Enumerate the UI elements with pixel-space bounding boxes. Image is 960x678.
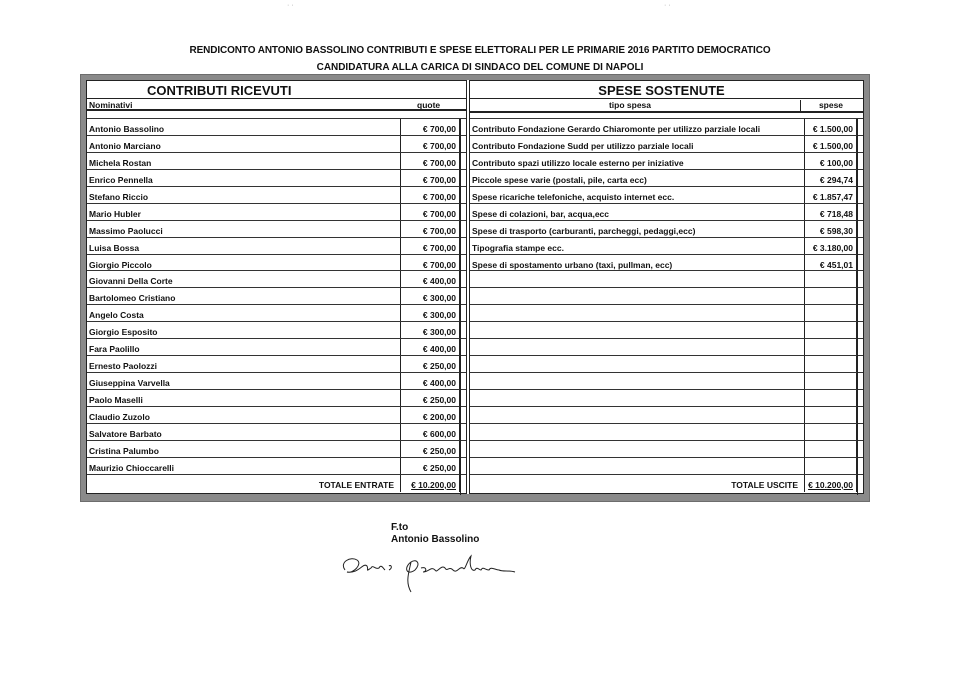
amount-cell: € 700,00 bbox=[400, 255, 460, 271]
expenses-rows: Contributo Fondazione Gerardo Chiaromont… bbox=[470, 119, 863, 492]
expense-type bbox=[472, 305, 804, 321]
contributor-name: Mario Hubler bbox=[89, 204, 399, 220]
table-row: Claudio Zuzolo€ 200,00 bbox=[87, 407, 466, 424]
expense-type bbox=[472, 339, 804, 355]
table-row bbox=[470, 458, 863, 475]
expense-type bbox=[472, 407, 804, 423]
column-header-separator bbox=[800, 100, 801, 111]
total-label: TOTALE ENTRATE bbox=[87, 475, 398, 492]
table-row: Maurizio Chioccarelli€ 250,00 bbox=[87, 458, 466, 475]
table-row: Mario Hubler€ 700,00 bbox=[87, 204, 466, 221]
table-row: Massimo Paolucci€ 700,00 bbox=[87, 221, 466, 238]
contributor-name: Bartolomeo Cristiano bbox=[89, 288, 399, 304]
expense-type: Tipografia stampe ecc. bbox=[472, 238, 804, 254]
amount-cell: € 1.500,00 bbox=[804, 136, 857, 152]
total-row: TOTALE USCITE€ 10.200,00 bbox=[470, 475, 863, 492]
amount-cell: € 598,30 bbox=[804, 221, 857, 237]
amount-cell: € 1.500,00 bbox=[804, 119, 857, 135]
amount-cell: € 600,00 bbox=[400, 424, 460, 440]
table-row: Salvatore Barbato€ 600,00 bbox=[87, 424, 466, 441]
amount-cell: € 400,00 bbox=[400, 339, 460, 355]
table-row: Spese di spostamento urbano (taxi, pullm… bbox=[470, 255, 863, 272]
table-row bbox=[470, 322, 863, 339]
signature-prefix: F.to bbox=[391, 522, 479, 534]
scan-speck: · · bbox=[287, 2, 294, 9]
expense-type bbox=[472, 441, 804, 457]
contributor-name: Antonio Marciano bbox=[89, 136, 399, 152]
expense-type: Contributo Fondazione Gerardo Chiaromont… bbox=[472, 119, 804, 135]
expense-type bbox=[472, 322, 804, 338]
amount-cell bbox=[804, 339, 857, 355]
contributor-name: Enrico Pennella bbox=[89, 170, 399, 186]
table-row: Angelo Costa€ 300,00 bbox=[87, 305, 466, 322]
table-row bbox=[470, 288, 863, 305]
contributor-name: Luisa Bossa bbox=[89, 238, 399, 254]
contributor-name: Giuseppina Varvella bbox=[89, 373, 399, 389]
amount-cell bbox=[804, 390, 857, 406]
table-row bbox=[470, 356, 863, 373]
table-row: Giorgio Piccolo€ 700,00 bbox=[87, 255, 466, 272]
contributions-rows: Antonio Bassolino€ 700,00Antonio Marcian… bbox=[87, 119, 466, 492]
document-title: RENDICONTO ANTONIO BASSOLINO CONTRIBUTI … bbox=[24, 44, 936, 56]
contributor-name: Fara Paolillo bbox=[89, 339, 399, 355]
amount-cell bbox=[804, 305, 857, 321]
table-row bbox=[470, 424, 863, 441]
expense-type: Piccole spese varie (postali, pile, cart… bbox=[472, 170, 804, 186]
contributor-name: Claudio Zuzolo bbox=[89, 407, 399, 423]
table-row: Enrico Pennella€ 700,00 bbox=[87, 170, 466, 187]
table-row bbox=[470, 373, 863, 390]
table-row bbox=[470, 305, 863, 322]
contributor-name: Cristina Palumbo bbox=[89, 441, 399, 457]
table-row bbox=[470, 271, 863, 288]
expense-type bbox=[472, 390, 804, 406]
contributor-name: Massimo Paolucci bbox=[89, 221, 399, 237]
amount-cell: € 250,00 bbox=[400, 356, 460, 372]
inner-rule bbox=[857, 119, 858, 495]
table-row: Piccole spese varie (postali, pile, cart… bbox=[470, 170, 863, 187]
amount-cell: € 700,00 bbox=[400, 136, 460, 152]
expenses-section-title: SPESE SOSTENUTE bbox=[470, 82, 863, 99]
contributor-name: Giorgio Esposito bbox=[89, 322, 399, 338]
amount-cell: € 250,00 bbox=[400, 441, 460, 457]
amount-cell: € 451,01 bbox=[804, 255, 857, 271]
total-amount: € 10.200,00 bbox=[400, 475, 460, 492]
amount-cell bbox=[804, 288, 857, 304]
document-subtitle: CANDIDATURA ALLA CARICA DI SINDACO DEL C… bbox=[24, 61, 936, 73]
amount-cell bbox=[804, 407, 857, 423]
expense-type: Contributo spazi utilizzo locale esterno… bbox=[472, 153, 804, 169]
handwritten-signature bbox=[337, 548, 577, 598]
total-row: TOTALE ENTRATE€ 10.200,00 bbox=[87, 475, 466, 492]
contributor-name: Maurizio Chioccarelli bbox=[89, 458, 399, 474]
contributor-name: Ernesto Paolozzi bbox=[89, 356, 399, 372]
amount-cell: € 3.180,00 bbox=[804, 238, 857, 254]
contributor-name: Stefano Riccio bbox=[89, 187, 399, 203]
amount-cell bbox=[804, 322, 857, 338]
contributor-name: Antonio Bassolino bbox=[89, 119, 399, 135]
table-row: Giovanni Della Corte€ 400,00 bbox=[87, 271, 466, 288]
expense-type bbox=[472, 356, 804, 372]
contributor-name: Michela Rostan bbox=[89, 153, 399, 169]
expense-type: Spese di trasporto (carburanti, parchegg… bbox=[472, 221, 804, 237]
amount-cell: € 400,00 bbox=[400, 271, 460, 287]
table-row bbox=[470, 339, 863, 356]
amount-cell: € 250,00 bbox=[400, 390, 460, 406]
amount-cell: € 250,00 bbox=[400, 458, 460, 474]
signature-block: F.to Antonio Bassolino bbox=[391, 522, 479, 546]
table-row: Giuseppina Varvella€ 400,00 bbox=[87, 373, 466, 390]
table-row: Spese di colazioni, bar, acqua,ecc€ 718,… bbox=[470, 204, 863, 221]
amount-cell: € 700,00 bbox=[400, 170, 460, 186]
expense-type bbox=[472, 424, 804, 440]
amount-cell: € 700,00 bbox=[400, 119, 460, 135]
amount-cell: € 294,74 bbox=[804, 170, 857, 186]
contributor-name: Paolo Maselli bbox=[89, 390, 399, 406]
contributor-name: Angelo Costa bbox=[89, 305, 399, 321]
amount-cell: € 1.857,47 bbox=[804, 187, 857, 203]
table-row: Cristina Palumbo€ 250,00 bbox=[87, 441, 466, 458]
table-row: Contributo Fondazione Gerardo Chiaromont… bbox=[470, 119, 863, 136]
column-header-amount: spese bbox=[806, 100, 856, 111]
table-row bbox=[470, 407, 863, 424]
expense-type bbox=[472, 373, 804, 389]
expense-type bbox=[472, 271, 804, 287]
column-header-type: tipo spesa bbox=[470, 100, 790, 111]
amount-cell bbox=[804, 356, 857, 372]
table-row: Bartolomeo Cristiano€ 300,00 bbox=[87, 288, 466, 305]
expense-type bbox=[472, 288, 804, 304]
amount-cell: € 300,00 bbox=[400, 305, 460, 321]
table-row: Tipografia stampe ecc.€ 3.180,00 bbox=[470, 238, 863, 255]
total-label: TOTALE USCITE bbox=[470, 475, 802, 492]
table-row: Ernesto Paolozzi€ 250,00 bbox=[87, 356, 466, 373]
table-row: Spese ricariche telefoniche, acquisto in… bbox=[470, 187, 863, 204]
amount-cell: € 718,48 bbox=[804, 204, 857, 220]
expense-type: Spese ricariche telefoniche, acquisto in… bbox=[472, 187, 804, 203]
table-row: Paolo Maselli€ 250,00 bbox=[87, 390, 466, 407]
table-row: Fara Paolillo€ 400,00 bbox=[87, 339, 466, 356]
table-row: Antonio Marciano€ 700,00 bbox=[87, 136, 466, 153]
contributions-table: CONTRIBUTI RICEVUTI Nominativi quote Ant… bbox=[86, 80, 467, 494]
scan-speck: · · bbox=[664, 2, 671, 9]
table-row: Contributo spazi utilizzo locale esterno… bbox=[470, 153, 863, 170]
table-row: Stefano Riccio€ 700,00 bbox=[87, 187, 466, 204]
expense-type bbox=[472, 458, 804, 474]
table-row bbox=[470, 441, 863, 458]
amount-cell bbox=[804, 441, 857, 457]
amount-cell: € 300,00 bbox=[400, 322, 460, 338]
table-row: Spese di trasporto (carburanti, parchegg… bbox=[470, 221, 863, 238]
amount-cell bbox=[804, 458, 857, 474]
amount-cell bbox=[804, 424, 857, 440]
table-row: Contributo Fondazione Sudd per utilizzo … bbox=[470, 136, 863, 153]
contributor-name: Giovanni Della Corte bbox=[89, 271, 399, 287]
amount-cell bbox=[804, 271, 857, 287]
amount-cell: € 700,00 bbox=[400, 221, 460, 237]
contributor-name: Giorgio Piccolo bbox=[89, 255, 399, 271]
amount-cell bbox=[804, 373, 857, 389]
amount-cell: € 100,00 bbox=[804, 153, 857, 169]
amount-cell: € 400,00 bbox=[400, 373, 460, 389]
table-row: Michela Rostan€ 700,00 bbox=[87, 153, 466, 170]
table-row: Antonio Bassolino€ 700,00 bbox=[87, 119, 466, 136]
amount-cell: € 200,00 bbox=[400, 407, 460, 423]
expense-type: Spese di spostamento urbano (taxi, pullm… bbox=[472, 255, 804, 271]
contributions-section-title: CONTRIBUTI RICEVUTI bbox=[87, 82, 466, 99]
inner-rule bbox=[460, 119, 461, 495]
amount-cell: € 700,00 bbox=[400, 204, 460, 220]
column-header-amount: quote bbox=[417, 100, 457, 111]
expense-type: Contributo Fondazione Sudd per utilizzo … bbox=[472, 136, 804, 152]
amount-cell: € 700,00 bbox=[400, 238, 460, 254]
total-amount: € 10.200,00 bbox=[804, 475, 857, 492]
amount-cell: € 700,00 bbox=[400, 153, 460, 169]
expense-type: Spese di colazioni, bar, acqua,ecc bbox=[472, 204, 804, 220]
expenses-table: SPESE SOSTENUTE tipo spesa spese Contrib… bbox=[469, 80, 864, 494]
contributor-name: Salvatore Barbato bbox=[89, 424, 399, 440]
signatory-name: Antonio Bassolino bbox=[391, 534, 479, 546]
table-row: Luisa Bossa€ 700,00 bbox=[87, 238, 466, 255]
column-header-name: Nominativi bbox=[87, 100, 467, 111]
table-row: Giorgio Esposito€ 300,00 bbox=[87, 322, 466, 339]
amount-cell: € 300,00 bbox=[400, 288, 460, 304]
table-row bbox=[470, 390, 863, 407]
amount-cell: € 700,00 bbox=[400, 187, 460, 203]
